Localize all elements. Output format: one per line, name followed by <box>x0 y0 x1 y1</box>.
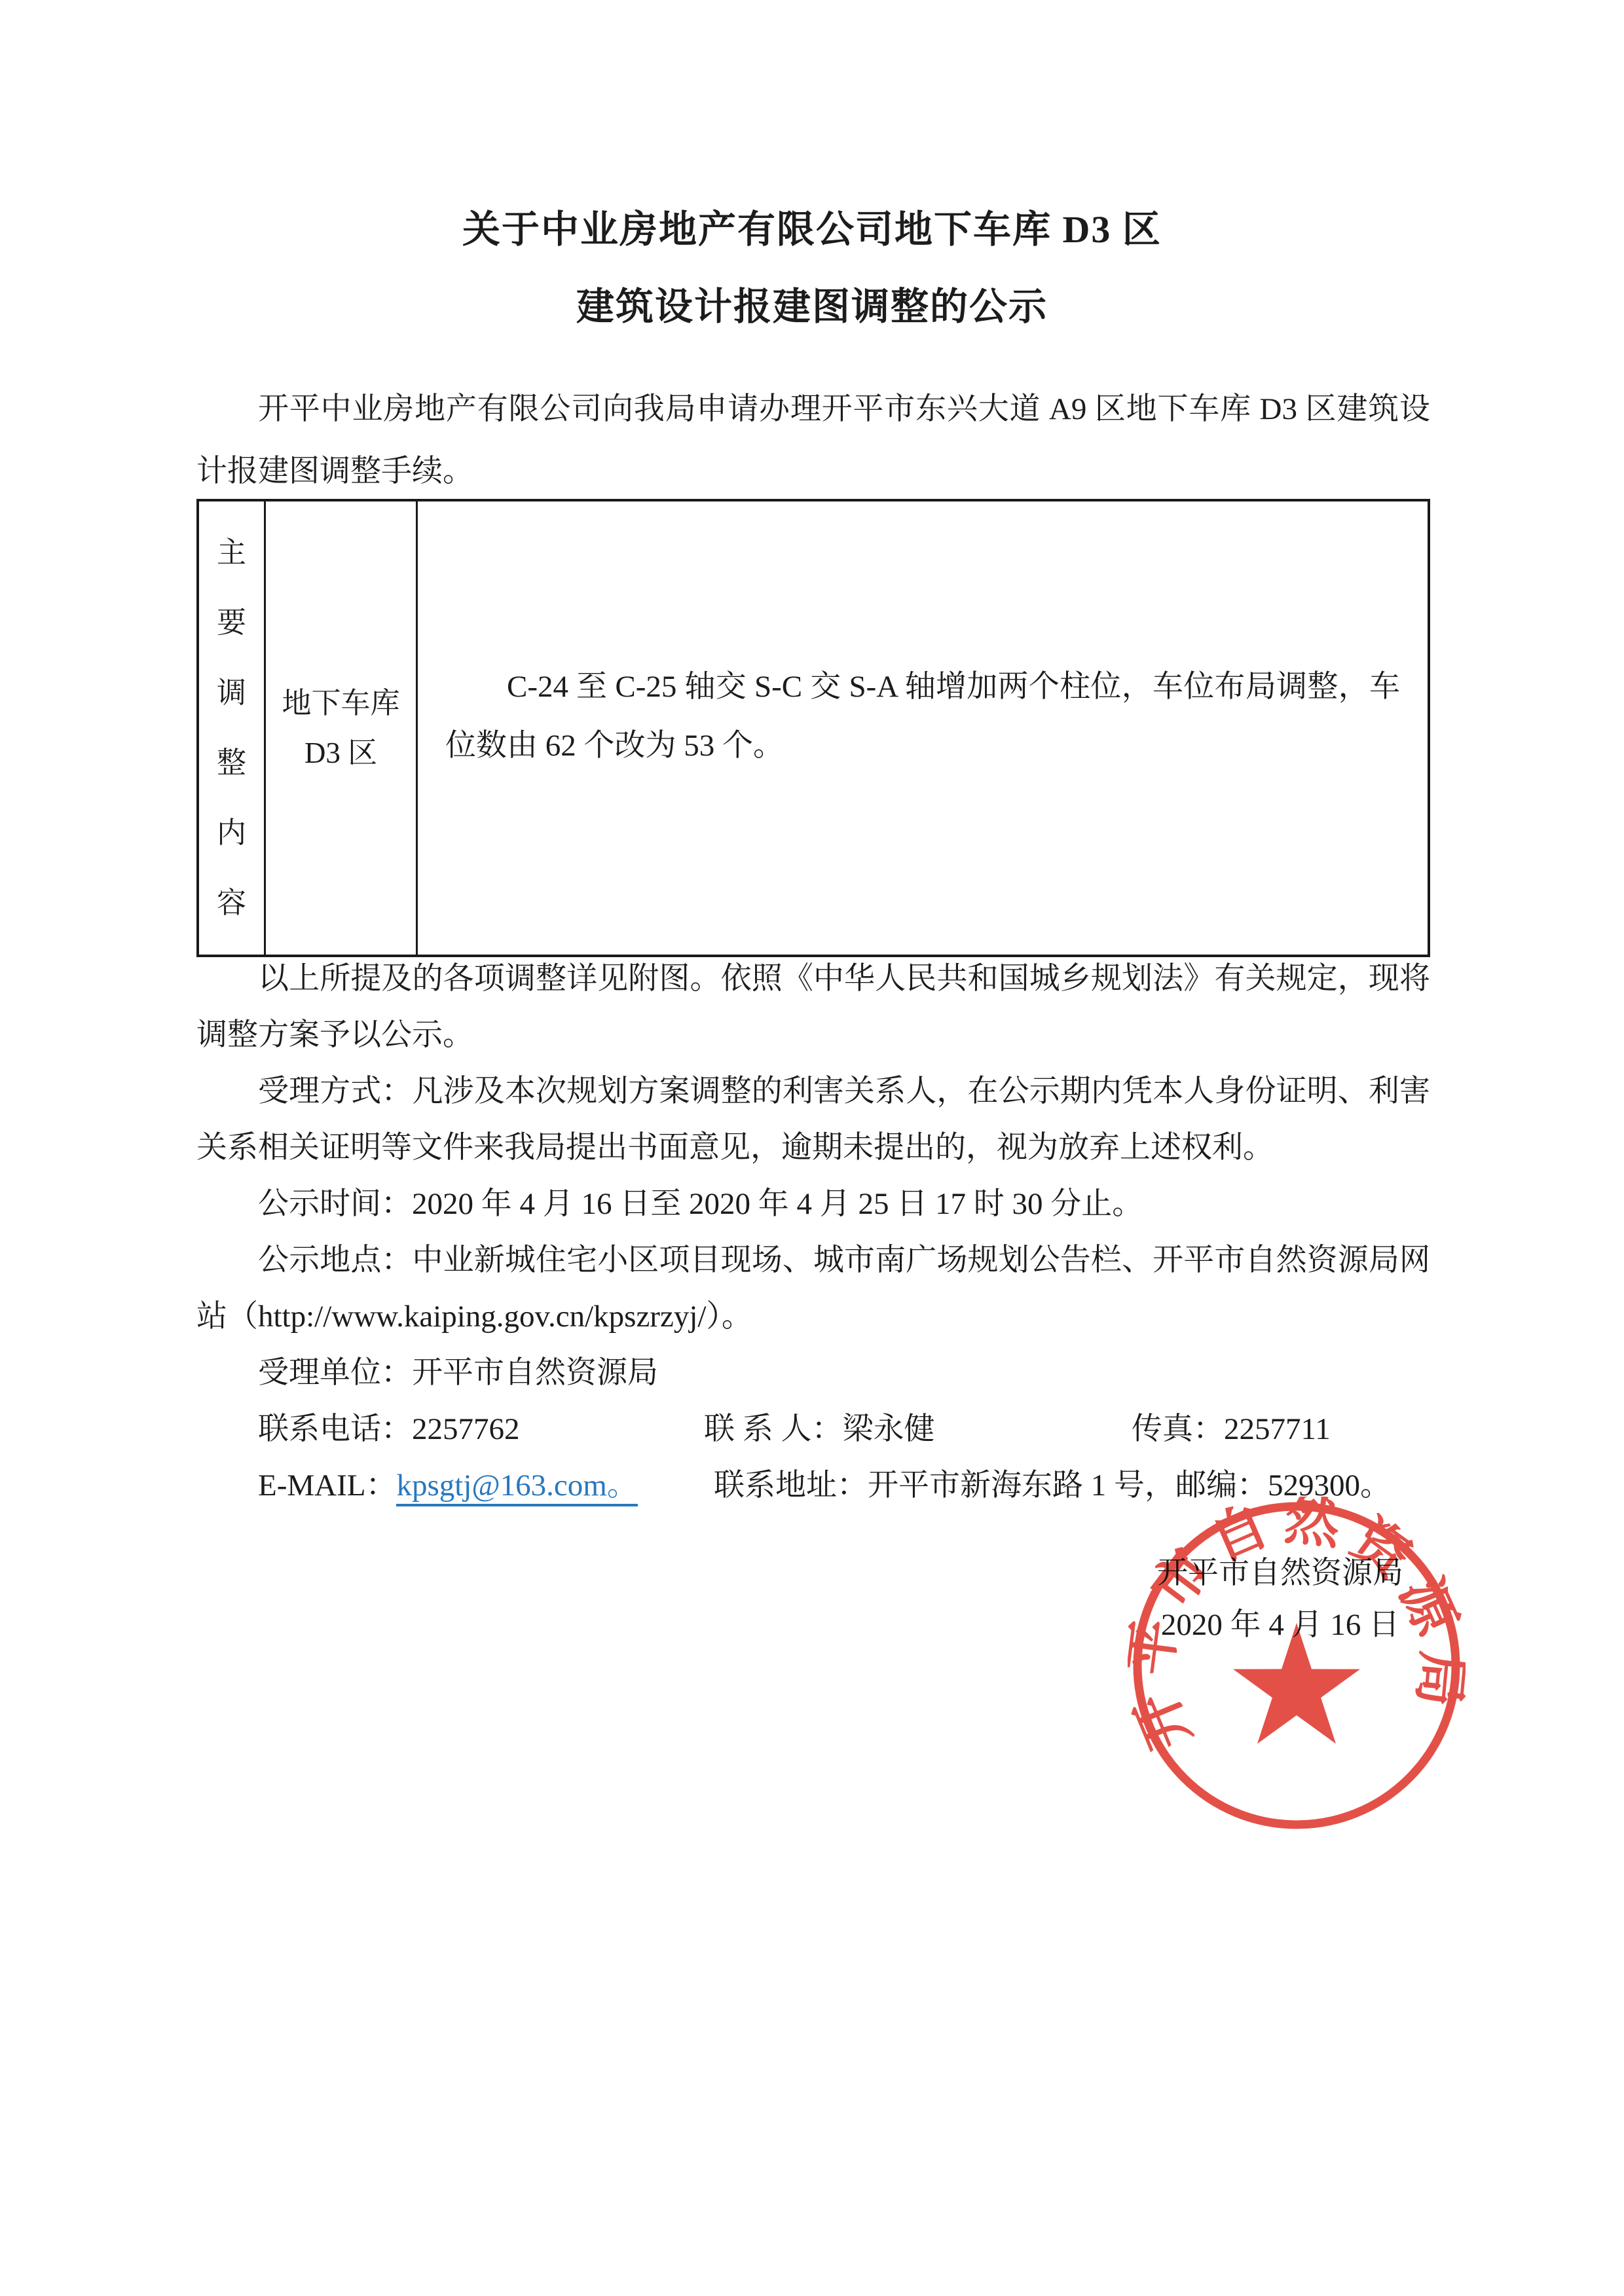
title-line-2: 建筑设计报建图调整的公示 <box>0 268 1624 346</box>
document-page: 关于中业房地产有限公司地下车库 D3 区 建筑设计报建图调整的公示 开平中业房地… <box>0 0 1624 2296</box>
email-label: E-MAIL： <box>258 1468 396 1503</box>
signature-block: 开平市自然资源局 2020 年 4 月 16 日 <box>1107 1548 1454 1651</box>
adjustment-table: 主要调整内容 地下车库 D3 区 C-24 至 C-25 轴交 S-C 交 S-… <box>196 499 1430 957</box>
signature-date: 2020 年 4 月 16 日 <box>1107 1599 1454 1651</box>
area-line-2: D3 区 <box>304 728 377 778</box>
signature-org: 开平市自然资源局 <box>1107 1548 1454 1599</box>
contact-email-segment: E-MAIL：kpsgtj@163.com。 <box>258 1457 638 1514</box>
title-line-1: 关于中业房地产有限公司地下车库 D3 区 <box>0 191 1624 268</box>
intro-paragraph: 开平中业房地产有限公司向我局申请办理开平市东兴大道 A9 区地下车库 D3 区建… <box>196 378 1430 503</box>
table-area-cell: 地下车库 D3 区 <box>266 501 418 955</box>
table-row-header-cell: 主要调整内容 <box>199 501 266 955</box>
table-content-cell: C-24 至 C-25 轴交 S-C 交 S-A 轴增加两个柱位，车位布局调整，… <box>418 501 1428 955</box>
paragraph-notice-locations: 公示地点：中业新城住宅小区项目现场、城市南广场规划公告栏、开平市自然资源局网站（… <box>196 1232 1430 1345</box>
paragraph-legal-basis: 以上所提及的各项调整详见附图。依照《中华人民共和国城乡规划法》有关规定，现将调整… <box>196 951 1430 1063</box>
contact-phone: 联系电话：2257762 <box>258 1401 520 1457</box>
email-link[interactable]: kpsgtj@163.com。 <box>396 1468 637 1506</box>
page-title: 关于中业房地产有限公司地下车库 D3 区 建筑设计报建图调整的公示 <box>0 191 1624 346</box>
paragraph-acceptance-method: 受理方式：凡涉及本次规划方案调整的利害关系人，在公示期内凭本人身份证明、利害关系… <box>196 1063 1430 1176</box>
area-line-1: 地下车库 <box>282 678 399 728</box>
contact-fax: 传真：2257711 <box>1132 1401 1331 1457</box>
paragraph-accepting-unit: 受理单位：开平市自然资源局 <box>196 1345 1430 1401</box>
body-text: 以上所提及的各项调整详见附图。依照《中华人民共和国城乡规划法》有关规定，现将调整… <box>196 951 1430 1514</box>
contact-row-email: E-MAIL：kpsgtj@163.com。 联系地址：开平市新海东路 1 号，… <box>196 1457 1430 1514</box>
contact-person: 联 系 人：梁永健 <box>704 1401 935 1457</box>
paragraph-notice-period: 公示时间：2020 年 4 月 16 日至 2020 年 4 月 25 日 17… <box>196 1176 1430 1232</box>
contact-row-phone: 联系电话：2257762 联 系 人：梁永健 传真：2257711 <box>196 1401 1430 1457</box>
contact-address: 联系地址：开平市新海东路 1 号，邮编：529300。 <box>714 1457 1391 1514</box>
adjustment-content-text: C-24 至 C-25 轴交 S-C 交 S-A 轴增加两个柱位，车位布局调整，… <box>445 657 1400 775</box>
row-header-vertical-text: 主要调整内容 <box>215 518 248 938</box>
